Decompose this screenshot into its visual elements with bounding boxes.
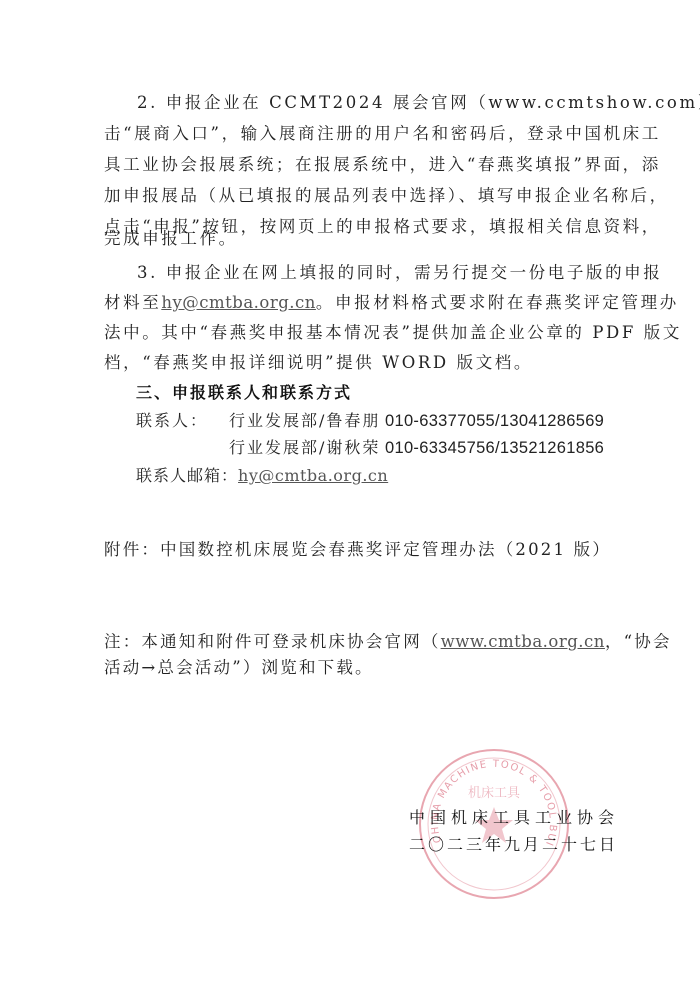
item3-line-2-prefix: 材料至 — [104, 293, 161, 312]
item3-line-1: 3. 申报企业在网上填报的同时，需另行提交一份电子版的申报 — [137, 263, 647, 283]
item3-line-2: 材料至hy@cmtba.org.cn。申报材料格式要求附在春燕奖评定管理办 — [104, 293, 614, 313]
signature-date: 二〇二三年九月二十七日 — [409, 832, 618, 855]
note-prefix: 注：本通知和附件可登录机床协会官网（ — [104, 632, 441, 651]
email-label: 联系人邮箱： — [136, 466, 238, 485]
contact-2-phone: 010-63345756/13521261856 — [385, 438, 604, 458]
submission-email-link[interactable]: hy@cmtba.org.cn — [161, 293, 316, 312]
contact-label: 联系人： — [136, 411, 208, 431]
item2-line-1: 2. 申报企业在 CCMT2024 展会官网（www.ccmtshow.com）… — [137, 93, 647, 113]
item3-line-4: 档，“春燕奖申报详细说明”提供 WORD 版文档。 — [104, 353, 614, 373]
contact-1-name: 行业发展部/鲁春朋 — [229, 411, 380, 431]
note-line-2: 活动→总会活动”）浏览和下载。 — [104, 658, 614, 678]
note-suffix: ，“协会 — [605, 632, 672, 651]
website-link[interactable]: www.cmtba.org.cn — [441, 632, 605, 651]
signature-organization: 中国机床工具工业协会 — [409, 805, 619, 828]
document-page: 2. 申报企业在 CCMT2024 展会官网（www.ccmtshow.com）… — [0, 0, 700, 983]
item3-line-3: 法中。其中“春燕奖申报基本情况表”提供加盖企业公章的 PDF 版文 — [104, 323, 614, 343]
section3-heading: 三、申报联系人和联系方式 — [136, 383, 646, 403]
svg-text:机床工具: 机床工具 — [468, 785, 521, 801]
item2-line-2: 击“展商入口”，输入展商注册的用户名和密码后，登录中国机床工 — [104, 124, 614, 144]
contact-email-row: 联系人邮箱：hy@cmtba.org.cn — [136, 466, 388, 486]
contact-2-name: 行业发展部/谢秋荣 — [229, 438, 380, 458]
note-line-1: 注：本通知和附件可登录机床协会官网（www.cmtba.org.cn，“协会 — [104, 632, 614, 652]
contact-1-phone: 010-63377055/13041286569 — [385, 411, 604, 431]
contact-email-link[interactable]: hy@cmtba.org.cn — [238, 466, 388, 485]
item2-line-4: 加申报展品（从已填报的展品列表中选择）、填写申报企业名称后， — [104, 186, 614, 206]
item2-line-6: 完成申报工作。 — [104, 229, 614, 249]
item2-line-3: 具工业协会报展系统；在报展系统中，进入“春燕奖填报”界面，添 — [104, 155, 614, 175]
attachment-line: 附件：中国数控机床展览会春燕奖评定管理办法（2021 版） — [104, 540, 614, 560]
item3-line-2-suffix: 。申报材料格式要求附在春燕奖评定管理办 — [316, 293, 679, 312]
